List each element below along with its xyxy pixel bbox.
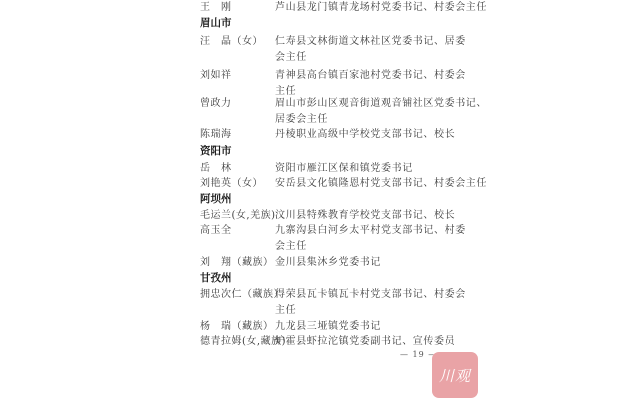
person-name: 陈瑞海 — [200, 126, 232, 143]
person-name: 高玉全 — [200, 222, 232, 239]
list-item-continuation: 会主任 — [200, 238, 480, 255]
region-heading-ganzi: 甘孜州 — [200, 270, 232, 287]
person-position: 九寨沟县白河乡太平村党支部书记、村委 — [275, 222, 466, 239]
person-position: 眉山市彭山区观音街道观音铺社区党委书记、 — [275, 95, 487, 112]
list-item: 高玉全 九寨沟县白河乡太平村党支部书记、村委 — [200, 222, 480, 239]
document-page: 王 刚 芦山县龙门镇青龙场村党委书记、村委会主任 眉山市 汪 晶（女） 仁寿县文… — [0, 0, 640, 400]
person-position: 金川县集沐乡党委书记 — [275, 254, 381, 271]
person-position: 得荣县瓦卡镇瓦卡村党支部书记、村委会 — [275, 286, 466, 303]
person-name: 汪 晶（女） — [200, 33, 263, 50]
region-heading-meishan: 眉山市 — [200, 15, 232, 32]
list-item-continuation: 主任 — [200, 302, 480, 319]
person-position: 丹棱职业高级中学校党支部书记、校长 — [275, 126, 455, 143]
list-item: 刘如祥 青神县高台镇百家池村党委书记、村委会 — [200, 67, 480, 84]
person-position: 芦山县龙门镇青龙场村党委书记、村委会主任 — [275, 0, 487, 16]
person-position: 主任 — [275, 302, 296, 319]
list-item-continuation: 会主任 — [200, 49, 480, 66]
list-item: 刘 翔（藏族） 金川县集沐乡党委书记 — [200, 254, 480, 271]
person-position: 安岳县文化镇隆恩村党支部书记、村委会主任 — [275, 175, 487, 192]
person-position: 仁寿县文林街道文林社区党委书记、居委 — [275, 33, 466, 50]
watermark-text: 川观 — [439, 365, 471, 386]
person-name: 曾政力 — [200, 95, 232, 112]
person-name: 拥忠次仁（藏族） — [200, 286, 284, 303]
list-item: 陈瑞海 丹棱职业高级中学校党支部书记、校长 — [200, 126, 480, 143]
list-item: 德青拉姆(女,藏族) 炉霍县虾拉沱镇党委副书记、宣传委员 — [200, 333, 480, 350]
person-position: 会主任 — [275, 49, 307, 66]
person-name: 刘艳英（女） — [200, 175, 263, 192]
person-name: 刘如祥 — [200, 67, 232, 84]
person-position: 炉霍县虾拉沱镇党委副书记、宣传委员 — [275, 333, 455, 350]
list-item: 曾政力 眉山市彭山区观音街道观音铺社区党委书记、 — [200, 95, 480, 112]
person-name: 刘 翔（藏族） — [200, 254, 274, 271]
list-item: 王 刚 芦山县龙门镇青龙场村党委书记、村委会主任 — [200, 0, 480, 16]
person-position: 青神县高台镇百家池村党委书记、村委会 — [275, 67, 466, 84]
person-position: 会主任 — [275, 238, 307, 255]
list-item: 刘艳英（女） 安岳县文化镇隆恩村党支部书记、村委会主任 — [200, 175, 480, 192]
region-heading-aba: 阿坝州 — [200, 191, 232, 208]
region-heading-ziyang: 资阳市 — [200, 143, 232, 160]
chuanguan-watermark-logo: 川观 — [432, 352, 478, 398]
list-item: 拥忠次仁（藏族） 得荣县瓦卡镇瓦卡村党支部书记、村委会 — [200, 286, 480, 303]
list-item: 汪 晶（女） 仁寿县文林街道文林社区党委书记、居委 — [200, 33, 480, 50]
person-name: 王 刚 — [200, 0, 232, 16]
person-name: 德青拉姆(女,藏族) — [200, 333, 286, 350]
